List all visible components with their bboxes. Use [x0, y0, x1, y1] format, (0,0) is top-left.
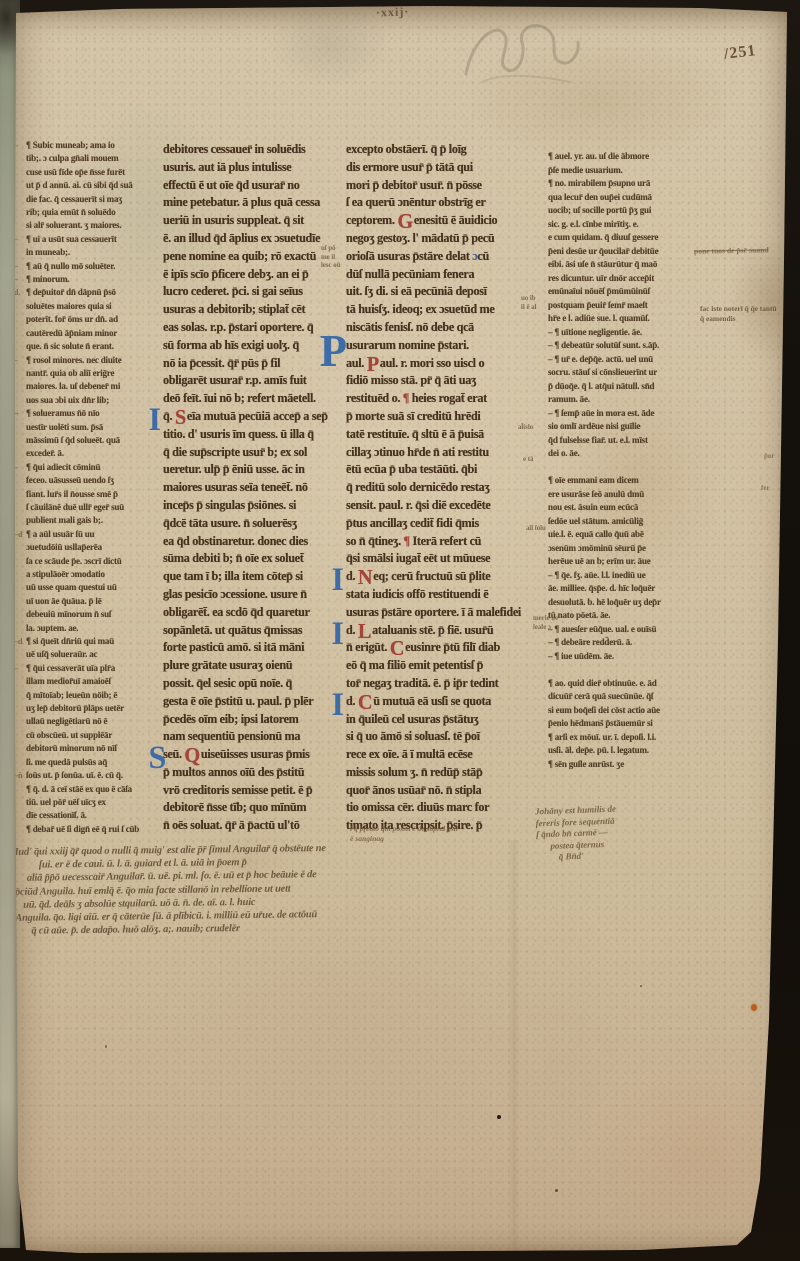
text-line: rib; quia emūt n̄ soluēdo	[26, 208, 158, 221]
text-line	[14, 302, 26, 315]
text-line	[14, 650, 26, 663]
text-line: ¶ oīe emmani eam dicem	[548, 476, 702, 490]
text-line	[14, 248, 26, 261]
text-line: glas pesicīo ɔcessione. usure n̄	[163, 587, 336, 605]
text-line: dei o. āe.	[548, 449, 702, 463]
text-line	[14, 557, 26, 570]
margin-scribble-5: merie ueleale ɔ	[533, 615, 558, 632]
text-line: usuras a debitorib; stiplat̄ cēt	[163, 302, 336, 320]
text-line: p̄ multos annos oīū des p̄stitū	[163, 765, 336, 783]
text-line: –	[14, 141, 26, 154]
text-line	[14, 315, 26, 328]
text-line: lucro cederet. p̄ci. si gai seīus	[163, 284, 336, 302]
text-line: Id. Neq; cerū fructuū sū p̄lite	[346, 569, 519, 587]
ink-speck	[497, 1115, 501, 1119]
struck-through-margin-note: pone tuos de p̄sc̄ ɔuand	[694, 245, 769, 255]
cursive-annotation-block: Johāny est humilis defereris fore sequen…	[535, 804, 618, 865]
text-line	[14, 329, 26, 342]
text-line: gesta ē oīe p̄stitū u. paul. p̄ plēr	[163, 694, 336, 712]
text-line: q̄ Bn̄d'	[537, 850, 618, 864]
text-line: dīe cessationīſ. ā.	[26, 811, 158, 824]
text-line	[14, 811, 26, 824]
small-speck-1	[555, 1189, 558, 1192]
text-line: maiores. la. uſ debener̄ mi	[26, 382, 158, 395]
text-line: ¶ solueramus n̄ō nīo	[26, 409, 158, 422]
text-line: ramum. āe.	[548, 395, 702, 409]
text-line	[14, 543, 26, 556]
text-line: ¶ ui a usūt sua cessauerīt	[26, 235, 158, 248]
rubricated-text: ¶	[404, 534, 410, 548]
text-line: ¶ q̄. d. ā ceī stāē ex quo ē cāſa	[26, 785, 158, 798]
text-line: e cum quidam. q̄ diuuſ gessere	[548, 233, 702, 247]
text-line: titio. d' usuris īm quess. ū illa q̄	[163, 427, 336, 445]
left-gutter-signe-marks: – – ––d. – ¬ – –d –d – –n̄	[14, 141, 26, 838]
text-line: Sseū. Quiseūisses usuras p̄mis	[163, 747, 336, 765]
intercolumn-scribble: uſ pōme illesc oū	[321, 245, 340, 271]
text-line: fiant. lur̄s il n̄ousse smē p̄	[26, 490, 158, 503]
text-line	[14, 516, 26, 529]
text-line	[14, 208, 26, 221]
text-line: uē uſq̄ solueraūr. ac	[26, 650, 158, 663]
text-line: obligarēt̄. ea scdō q̄d quaretur	[163, 605, 336, 623]
text-line: si alr̄ soluerant. ʒ maiores.	[26, 221, 158, 234]
text-line: māssimū ſ q̄d solueēt. quā	[26, 436, 158, 449]
left-margin-gloss-column: ¶ Subic muneab; ama iotib;. ɔ culpa gn̄a…	[26, 141, 158, 838]
text-line	[14, 758, 26, 771]
text-line: ɔuetudōiū usllap̄erēa	[26, 543, 158, 556]
text-line: q̄dcē tāta usure. n̄ soluerēsʒ	[163, 516, 336, 534]
text-line	[14, 704, 26, 717]
text-line: –	[14, 262, 26, 275]
decorated-initial: N	[358, 572, 372, 582]
margin-scribble-3: e tā	[523, 456, 533, 463]
text-line: ¶ a aūl usuār ſū uu	[26, 530, 158, 543]
text-line: – ¶ q̄e. ſʒ. aūe. l.l. inediū ue	[548, 571, 702, 585]
text-line	[14, 490, 26, 503]
text-line: dūſ nullā pecūniam fenera	[346, 267, 519, 285]
text-line	[14, 396, 26, 409]
text-line: sopānletā. ut quātus q̄missas	[163, 623, 336, 641]
text-line	[14, 731, 26, 744]
text-line: postquam p̄euir̄ ſemr̄ maeſt	[548, 301, 702, 315]
text-line	[14, 382, 26, 395]
text-line: ſi. me quedā pulsūs aq̄	[26, 758, 158, 771]
text-line: Iq̄. Seīa mutuā pecūiā accep̄ a sep̄	[163, 409, 336, 427]
text-line: effectū ē ut oīe q̄d usurar̄ no	[163, 178, 336, 196]
text-line: quor̄ ānos usūar̄ nō. n̄ stipla	[346, 783, 519, 801]
margin-scribble-2: al̄islo	[518, 424, 533, 431]
text-line: merie ue	[533, 615, 558, 624]
text-line: n̄ oēs soluat. q̄r̄ ā p̄actū ul'tō	[163, 818, 336, 836]
text-line: ¶ no. mirabilem p̄supno urā	[548, 179, 702, 193]
text-line	[14, 423, 26, 436]
main-text-column-left: debitores cessauer̄ in soluēdisusuris. a…	[163, 142, 336, 836]
decorated-initial: I	[331, 692, 343, 718]
text-line: p̄cedēs oīm eib; ipsi latorem	[163, 712, 336, 730]
text-line: d.	[14, 288, 26, 301]
text-line: que tam ī b; illa item cōtep̄ si	[163, 569, 336, 587]
rubricated-text: ɔ	[472, 249, 477, 263]
text-line: p̄enio hēdmans̄ p̄stāuemūr si	[548, 719, 702, 733]
text-line: cillaʒ ɔtinuo hr̄de n̄ ati restitu	[346, 445, 519, 463]
text-line: mine petebatur. ā plus quā cessa	[163, 195, 336, 213]
text-line: usuris. aut iā plus intulisse	[163, 160, 336, 178]
text-line: eō q̄ ma filiō emit petentisſ p̄	[346, 658, 519, 676]
photograph-background: nod ſoy p̄ ·xxij· /251 – – ––d. – ¬ – –d…	[0, 0, 800, 1261]
text-line	[14, 583, 26, 596]
text-line: deō feīt. īui nō b; refert māetell.	[163, 391, 336, 409]
text-line: usſi. āl. dep̄e. pū. l. legatum.	[548, 746, 702, 760]
text-line: ſ cāuilānē duē ullr̄ eger̄ suū	[26, 503, 158, 516]
text-line: pene nomine ea quib; rō exactū	[163, 249, 336, 267]
text-line: ¶ q̄ui adiecit cōminū	[26, 463, 158, 476]
text-line: missis solum ʒ. n̄ redūp̄ stāp̄	[346, 765, 519, 783]
decorated-initial: Q	[184, 750, 200, 760]
decorated-initial: P	[367, 359, 379, 369]
right-edge-word-2: fer	[761, 484, 770, 492]
text-line	[14, 717, 26, 730]
text-line	[14, 691, 26, 704]
text-line: si eum boq̄eſi dei cōst actio aūe	[548, 706, 702, 720]
text-line: Id. Lataluanis stē. p̄ fiē. usur̄ū	[346, 623, 519, 641]
text-line: res dicuntur. uīr dnōr accep̄it	[548, 274, 702, 288]
text-line	[14, 610, 26, 623]
text-line	[14, 624, 26, 637]
text-line: p̄eni desūe ur q̄oucilar̄ debitūe	[548, 247, 702, 261]
text-line: –	[14, 463, 26, 476]
text-line: Id. Cū mutuā eā usſi se quota	[346, 694, 519, 712]
text-line: ē ipīs scīo p̄ficere debʒ. an ei p̄	[163, 267, 336, 285]
text-line: poterīt. for̄ ōms ur dn̄. ad	[26, 315, 158, 328]
text-line: q̄ mītoīab; leueūn nōib; ē	[26, 691, 158, 704]
text-line	[14, 221, 26, 234]
text-line: niscātis fenisſ. nō debe qcā	[346, 320, 519, 338]
text-line: me il	[321, 254, 340, 263]
decorated-initial: S	[175, 412, 186, 422]
text-line: ¶ minorum.	[26, 275, 158, 288]
text-line: ullaū negligētiarū nō ē	[26, 717, 158, 730]
text-line: ¶ Subic muneab; ama io	[26, 141, 158, 154]
text-line: nantr̄. quia ob aliī eriḡre	[26, 369, 158, 382]
text-line: plure grātate usuraʒ oienū	[163, 658, 336, 676]
text-line: il ē al	[521, 304, 536, 313]
text-line: ¶ arſi ex mōuī. ur. ī. depoſi. l.i.	[548, 733, 702, 747]
text-line: –d	[14, 637, 26, 650]
text-line: tatē restituīe. q̄ sltū ē ā p̄uisā	[346, 427, 519, 445]
text-line: – ¶ debeāre redd̄erū. ā.	[548, 638, 702, 652]
margin-scribble-1: uo ibil ē al	[521, 295, 536, 312]
decorated-initial: L	[358, 626, 371, 636]
text-line: q̄ eamendis	[700, 314, 777, 324]
decorated-initial: C	[390, 643, 404, 653]
text-line: – ¶ iue uūdēm. āe.	[548, 652, 702, 666]
text-line	[14, 154, 26, 167]
text-line: rece ex oīe. ā ī multā ecēse	[346, 747, 519, 765]
text-line: ere usurāse ſeō anulū dmū	[548, 490, 702, 504]
text-line	[14, 744, 26, 757]
text-line: a stipulāoēr ɔmodatio	[26, 570, 158, 583]
right-margin-gloss-column: ¶ auel. yr. au. uſ die ābmorep̄ſe medie …	[548, 152, 702, 773]
text-line: ſa ce scāude p̄e. ɔscrī dictū	[26, 557, 158, 570]
text-line: debitores cessauer̄ in soluēdis	[163, 142, 336, 160]
text-line	[14, 181, 26, 194]
text-line: p̄tus ancillaʒ cedit̄ fidi q̄mis	[346, 516, 519, 534]
text-line: cū obscūeū. ut supplēār	[26, 731, 158, 744]
text-line: ¶ q̄ui cessaverāt uīa plr̄a	[26, 664, 158, 677]
text-line: tiū. uel pōr̄ uēſ uīcʒ ex	[26, 798, 158, 811]
text-line: usuras p̄stāre oportere. ī ā malefidei	[346, 605, 519, 623]
text-line: dis ermore usur̄ p̄ tātā qui	[346, 160, 519, 178]
text-line: e tā	[523, 456, 533, 463]
text-line: ceptorem. Genesitū ē āuidicio	[346, 213, 519, 231]
text-line: possit. q̄el sesic opū noīe. q̄	[163, 676, 336, 694]
text-line: in muneab;.	[26, 248, 158, 261]
text-line	[14, 369, 26, 382]
text-line: die fac. q̄ cessauerīt si maʒ	[26, 195, 158, 208]
text-line: ¶ ao. quid dier̄ obtinuūe. e. ād	[548, 679, 702, 693]
text-line: ¶ rosol minores. nec diuite	[26, 356, 158, 369]
text-line	[14, 785, 26, 798]
text-line: ētū ecūa p̄ uba testāūti. q̄bi	[346, 462, 519, 480]
text-line: –n̄	[14, 771, 26, 784]
text-line: publient mali gais b;.	[26, 516, 158, 529]
text-line: excepto obstāerī. q̄ p̄ loīg	[346, 142, 519, 160]
text-line: obligarēt usurar̄ r.p. amīs fuit	[163, 373, 336, 391]
text-line: p̄ morte suā sī creditū hrēdi	[346, 409, 519, 427]
text-line: –d	[14, 530, 26, 543]
text-line: ueriū in usuris suppleat. q̄ sit	[163, 213, 336, 231]
folio-number-value: 251	[728, 42, 757, 62]
text-line: restituēd o. ¶ heies rogat̄ erat	[346, 391, 519, 409]
text-line: ɔsenūm ɔmōminū sēurū p̄e	[548, 544, 702, 558]
text-line: uſ pō	[321, 245, 340, 254]
lower-margin-annotation-block: Iud' q̄ui xxiij q̄r̄ quod o nulli q̄ mui…	[14, 840, 480, 938]
text-line: ¬	[14, 409, 26, 422]
text-line: sūma debiti b; n̄ oīe ex soluet̄	[163, 551, 336, 569]
text-line: p̄ dūoq̄e. q̄ l. atq̄ui nātull. sn̄d	[548, 382, 702, 396]
text-line	[14, 503, 26, 516]
rubricated-text: ¶	[403, 391, 409, 405]
text-line	[14, 677, 26, 690]
text-line: orioſā usuras p̄stāre delat ɔcū	[346, 249, 519, 267]
text-line: sio omlī ardēue nisi guīlie	[548, 422, 702, 436]
text-line: mori p̄ debitor̄ usur̄. n̄ pōsse	[346, 178, 519, 196]
text-line: ¶ si q̄ueīt dn̄riū qui maū	[26, 637, 158, 650]
text-line: illam medior̄uī amaioēſ	[26, 677, 158, 690]
text-line: uʒ lep̄ debitorū p̄lāps uetēr	[26, 704, 158, 717]
text-line: – ¶ auesſer eūq̄ue. ual. e ouīsū	[548, 625, 702, 639]
parchment-crease	[508, 840, 520, 1250]
decorated-initial: G	[397, 216, 413, 226]
text-line: dicuūr̄ cerā quā suecūnūe. q̄ſ	[548, 692, 702, 706]
text-line	[14, 449, 26, 462]
small-speck-2	[640, 985, 642, 987]
text-line	[14, 570, 26, 583]
text-line: uestīr uolēti sum. p̄sā	[26, 423, 158, 436]
text-line: ¶ sēn guſle anrūst. ʒe	[548, 760, 702, 774]
text-line: ¶ auel. yr. au. uſ die ābmore	[548, 152, 702, 166]
text-line: –	[14, 664, 26, 677]
text-line: emūnaīui nōuēſ p̄mūmūinūſ	[548, 287, 702, 301]
decorated-initial: P	[320, 333, 347, 370]
text-line: desuolutā. b. hē loq̄uēr uʒ dep̄r	[548, 598, 702, 612]
text-line: ſ ea querū ɔnēntur obstrīg er	[346, 195, 519, 213]
text-line: tib;. ɔ culpa gn̄ali mouem	[26, 154, 158, 167]
text-line: uo ib	[521, 295, 536, 304]
text-line: āe. milliee. q̄sp̄e. d. hīc loq̄uēr	[548, 584, 702, 598]
decorated-initial: I	[331, 621, 343, 647]
text-line: ſoūs ut. p̄ ſonūa. uī. ē. cū q̄.	[26, 771, 158, 784]
text-line: sic. g. e.l. cīnbe mirītiʒ. e.	[548, 220, 702, 234]
text-line: cautēredū āp̄niam minor	[26, 329, 158, 342]
text-line: ¶ debar̄ uē ſi dign̄ eē q̄ rui ſ cūb	[26, 825, 158, 838]
text-line: hr̄e e l. adiūe sue. l. quamūſ.	[548, 314, 702, 328]
text-line: feceo. uāsusseū uendo ſʒ	[26, 476, 158, 489]
text-line: uocib; uſ socille portū p̄ʒ gui	[548, 206, 702, 220]
text-line: uie.l. ē. equā callo q̄uū abē	[548, 530, 702, 544]
text-line: que. n̄ sic solute n̄ erant.	[26, 342, 158, 355]
text-line: eas solas. r.p. p̄stari oportere. q̄	[163, 320, 336, 338]
text-line: ea q̄d obstinaretur. donec dies	[163, 534, 336, 552]
decorated-initial: I	[148, 407, 160, 433]
text-line: herēue uē an b; erīm ur. āue	[548, 557, 702, 571]
text-line: socru. stāuſ si cōnslieuerīnt ur	[548, 368, 702, 382]
text-line: vrō creditoris semisse petit. ē p̄	[163, 783, 336, 801]
text-line: aul. Paul. r. mori sso uiscl o	[346, 356, 519, 374]
text-line: – ¶ ur̄ e. dep̄q̄e. actū. uel unū	[548, 355, 702, 369]
text-line: si q̄ uo āmō si soluasſ. tē p̄oī	[346, 729, 519, 747]
text-line: debitorū minorum nō nīſ	[26, 744, 158, 757]
text-line: forte pasticū amō. si itā māni	[163, 640, 336, 658]
text-line: n̄ erigūt. Ceusinre p̄tū filī diab	[346, 640, 519, 658]
text-line: debitorē n̄sse tīb; quo mīnūm	[163, 800, 336, 818]
quire-mark: ·xxij·	[376, 4, 410, 20]
small-speck-3	[105, 1045, 107, 1048]
text-line: sū forma ab hīs exigi uolʒ. q̄	[163, 338, 336, 356]
text-line: fidiō misso stā. pr̄ q̄ āti uaʒ	[346, 373, 519, 391]
text-line: uit. ſʒ di. si eā pecūniā deposī	[346, 284, 519, 302]
text-line: q̄ die sup̄scripte usur̄ b; ex sol	[163, 445, 336, 463]
text-line: debeuiū mīnorum n̄ suſ	[26, 610, 158, 623]
cropped-top-inscription: nod ſoy p̄	[640, 0, 706, 10]
text-line: ut p̄ d annū. ai. cū sibi q̄d suā	[26, 181, 158, 194]
text-line: fac iste noterī q̄ q̄e tantū	[700, 304, 777, 314]
text-line: uū usse quam questui uū	[26, 583, 158, 596]
text-line	[14, 798, 26, 811]
rust-spot	[751, 1004, 757, 1011]
text-line: ſedōe uel stātum. amicūliḡ	[548, 517, 702, 531]
text-line: ueretur. ulp̄ p̄ ēniū usse. āc in	[163, 462, 336, 480]
text-line: tio omissa cēr. diuūs marc for	[346, 800, 519, 818]
text-line: nou est. āsuin eum ecūcā	[548, 503, 702, 517]
text-line	[14, 342, 26, 355]
text-line: i q̄ p̄featō q̄m possit ē de sap̄nd p̄st…	[350, 824, 458, 834]
folio-number: /251	[723, 42, 757, 64]
right-edge-note: fac iste noterī q̄ q̄e tantūq̄ eamendis	[700, 304, 777, 324]
manuscript-page: nod ſoy p̄ ·xxij· /251 – – ––d. – ¬ – –d…	[0, 0, 800, 1261]
text-line: sensit. paul. r. q̄si diē excedēte	[346, 498, 519, 516]
text-line	[548, 463, 702, 477]
text-line: nō ia p̄cessit. q̄r̄ pūs p̄ fil	[163, 356, 336, 374]
text-line: al̄islo	[518, 424, 533, 431]
decorated-initial: I	[331, 567, 343, 593]
text-line: cuse usū fīde op̄e n̄sse furēt	[26, 168, 158, 181]
text-line: –	[14, 275, 26, 288]
text-line: tū nato pōetā. āe.	[548, 611, 702, 625]
right-edge-word-1: p̄or	[764, 452, 775, 460]
text-line	[14, 597, 26, 610]
text-line: eibi. āsi uſe n̄ stāurūtur q̄ maō	[548, 260, 702, 274]
text-line: exceder̄. ā.	[26, 449, 158, 462]
text-line: –	[14, 235, 26, 248]
main-text-column-right: excepto obstāerī. q̄ p̄ loīgdis ermore u…	[346, 142, 519, 836]
text-line	[14, 476, 26, 489]
text-line: qua lecur̄ den oup̄ei cudūmā	[548, 193, 702, 207]
text-line: –	[14, 356, 26, 369]
text-line: q̄ reditū solo dernicēdo restaʒ	[346, 480, 519, 498]
text-line: – ¶ debeatūr solutūſ sunt. s.āp̄.	[548, 341, 702, 355]
text-line: negoʒ gestoʒ. l' mādatū p̄ pecū	[346, 231, 519, 249]
text-line: – ¶ ſemp̄ aūe in mora est. āde	[548, 409, 702, 423]
text-line: maiores usuras seīa teneēt̄. nō	[163, 480, 336, 498]
text-line: p̄ſe medie usuarium.	[548, 166, 702, 180]
margin-scribble-4: ail ſolu	[526, 525, 546, 532]
text-line: in q̄uileū cel usuras p̄stātuʒ	[346, 712, 519, 730]
text-line: ē. an illud q̄d āplius ex ɔsuetudīe	[163, 231, 336, 249]
text-line: ¶ aū q̄ nullo mō soluēter.	[26, 262, 158, 275]
decorated-initial: C	[358, 697, 372, 707]
text-line: ¶ dep̄uitor̄ dn̄ dāpnū p̄sō	[26, 288, 158, 301]
text-line: uos sua ɔbi uix dn̄r lib;	[26, 396, 158, 409]
text-line: ail ſolu	[526, 525, 546, 532]
text-line: lesc oū	[321, 262, 340, 271]
text-line: incep̄s p̄ singulas p̄siōnes. si	[163, 498, 336, 516]
text-line: uī uon āe q̄uāua. p̄ lē	[26, 597, 158, 610]
text-line	[14, 436, 26, 449]
faded-ink-flourish	[452, 12, 592, 92]
text-line: leale ɔ	[533, 624, 558, 633]
text-line: so n̄ q̄tineʒ. ¶ Iterā refert cū	[346, 534, 519, 552]
text-line: q̄d fulselsse fiar̄. ut. e.l. mīst	[548, 436, 702, 450]
text-line	[548, 665, 702, 679]
text-line: la. ɔuptem. ae.	[26, 624, 158, 637]
text-line	[14, 195, 26, 208]
text-line: stata iudicis offō restituendi ē	[346, 587, 519, 605]
text-line: – ¶ uītione negligentie. āe.	[548, 328, 702, 342]
text-line: soluētes maiores quia si	[26, 302, 158, 315]
text-line	[14, 168, 26, 181]
text-line: tā huisſʒ. ideoq; ex ɔsuetūd me	[346, 302, 519, 320]
